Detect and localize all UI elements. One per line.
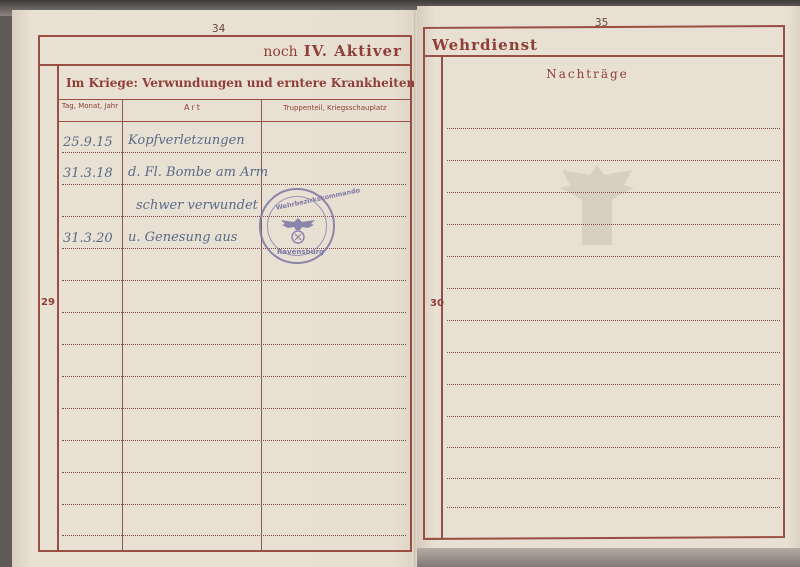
ruled-line — [62, 184, 406, 185]
ruled-line — [447, 352, 780, 353]
ruled-line — [62, 312, 406, 313]
heading-divider — [57, 99, 412, 100]
ruled-line — [447, 160, 780, 161]
left-title-divider — [38, 64, 412, 66]
left-page-title: nochIV. Aktiver — [263, 42, 402, 60]
ruled-line — [62, 216, 406, 217]
column-divider-1 — [122, 99, 123, 552]
entry-art-2: d. Fl. Bombe am Arm — [128, 165, 268, 180]
ruled-line — [447, 416, 780, 417]
left-row-number: 29 — [41, 297, 55, 308]
right-page-title: Wehrdienst — [432, 36, 538, 54]
ruled-line — [62, 280, 406, 281]
entry-art-1: Kopfverletzungen — [128, 133, 245, 148]
ruled-line — [447, 507, 780, 508]
ruled-line — [62, 376, 406, 377]
entry-art-4: u. Genesung aus — [128, 230, 237, 245]
ruled-line — [62, 248, 406, 249]
ruled-line — [62, 152, 406, 153]
title-prefix: noch — [263, 44, 297, 60]
column-header-art: Art — [124, 104, 262, 112]
ruled-line — [62, 472, 406, 473]
ruled-line — [447, 256, 780, 257]
entry-art-3: schwer verwundet — [136, 198, 258, 213]
ruled-line — [62, 408, 406, 409]
right-page-frame — [423, 25, 785, 540]
column-header-unit: Truppenteil, Kriegsschauplatz — [262, 104, 408, 112]
ruled-line — [447, 447, 780, 448]
ruled-line — [62, 344, 406, 345]
left-page-frame — [38, 35, 412, 552]
right-row-number: 30 — [430, 298, 444, 309]
left-page-number: 34 — [212, 22, 225, 35]
ruled-line — [62, 440, 406, 441]
ruled-line — [62, 504, 406, 505]
column-header-date: Tag, Monat, Jahr — [60, 102, 120, 110]
entry-date-4: 31.3.20 — [63, 231, 113, 246]
ruled-line — [447, 128, 780, 129]
eagle-watermark-icon — [552, 160, 642, 250]
ruled-line — [447, 224, 780, 225]
ruled-line — [447, 478, 780, 479]
ruled-line — [447, 192, 780, 193]
ruled-line — [447, 384, 780, 385]
entry-date-1: 25.9.15 — [63, 135, 113, 150]
eagle-emblem-icon — [279, 212, 317, 246]
right-title-divider — [423, 55, 785, 57]
entry-date-2: 31.3.18 — [63, 166, 113, 181]
right-margin-rule — [441, 55, 443, 539]
column-header-divider — [57, 121, 412, 122]
stamp-bottom-text: Ravensburg — [277, 248, 324, 256]
ruled-line — [447, 320, 780, 321]
left-margin-rule — [57, 64, 59, 552]
ruled-line — [447, 288, 780, 289]
ruled-line — [62, 535, 406, 536]
book-bottom-edge — [417, 548, 800, 567]
official-stamp: Wehrbezirkskommando Ravensburg — [259, 188, 335, 264]
right-section-heading: Nachträge — [0, 67, 800, 81]
